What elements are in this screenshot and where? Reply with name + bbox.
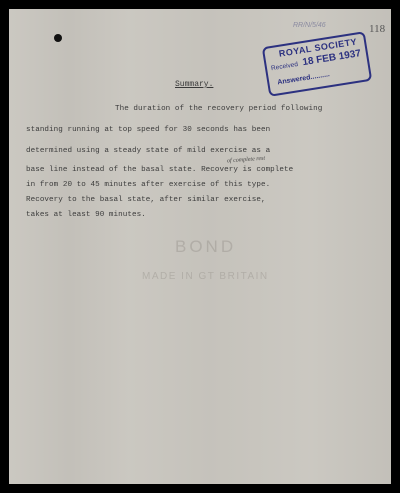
paragraph-line: determined using a steady state of mild … (26, 147, 270, 155)
paragraph-line: standing running at top speed for 30 sec… (26, 126, 270, 134)
paragraph-line: base line instead of the basal state. Re… (26, 166, 293, 174)
document-title: Summary. (175, 80, 213, 89)
paragraph-line: Recovery to the basal state, after simil… (26, 196, 266, 204)
received-stamp: ROYAL SOCIETY Received 18 FEB 1937 Answe… (262, 31, 373, 97)
folio-number: 118 (369, 23, 385, 35)
stamp-answered-label: Answered.......... (277, 71, 330, 86)
document-page: RR/N/5/46 118 ROYAL SOCIETY Received 18 … (9, 9, 391, 484)
punch-hole (54, 34, 62, 42)
paragraph-line: in from 20 to 45 minutes after exercise … (26, 181, 270, 189)
stamp-received-label: Received (271, 61, 299, 72)
watermark-brand: BOND (175, 237, 236, 257)
paragraph-line: The duration of the recovery period foll… (115, 105, 322, 113)
watermark-origin: MADE IN GT BRITAIN (142, 271, 269, 282)
paragraph-line: takes at least 90 minutes. (26, 211, 146, 219)
handwritten-annotation: of complete rest (227, 156, 265, 165)
archive-reference: RR/N/5/46 (293, 22, 326, 29)
